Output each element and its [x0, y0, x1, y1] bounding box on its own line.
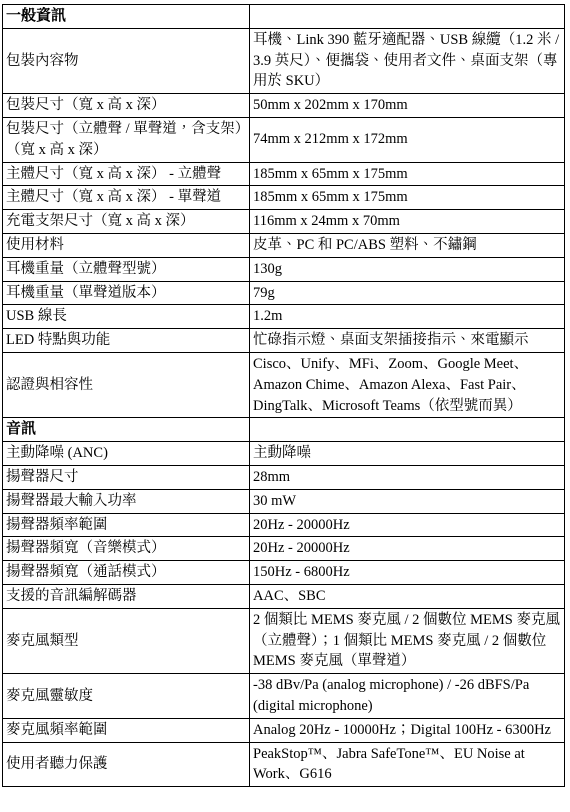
spec-label: 揚聲器頻率範圍: [3, 513, 250, 537]
table-row: USB 線長1.2m: [3, 305, 565, 329]
spec-label: 主動降噪 (ANC): [3, 442, 250, 466]
spec-value: 主動降噪: [250, 442, 565, 466]
spec-label: 使用材料: [3, 233, 250, 257]
spec-value: 皮革、PC 和 PC/ABS 塑料、不鏽鋼: [250, 233, 565, 257]
table-row: 麥克風類型2 個類比 MEMS 麥克風 / 2 個數位 MEMS 麥克風（立體聲…: [3, 608, 565, 673]
spec-label: USB 線長: [3, 305, 250, 329]
spec-value: 20Hz - 20000Hz: [250, 537, 565, 561]
spec-value: 忙碌指示燈、桌面支架插接指示、來電顯示: [250, 329, 565, 353]
spec-value: 20Hz - 20000Hz: [250, 513, 565, 537]
table-row: 包裝內容物耳機、Link 390 藍牙適配器、USB 線纜（1.2 米 / 3.…: [3, 28, 565, 93]
spec-label: 揚聲器頻寬（通話模式）: [3, 561, 250, 585]
spec-label: 包裝尺寸（寬 x 高 x 深）: [3, 94, 250, 118]
spec-document-page: 一般資訊包裝內容物耳機、Link 390 藍牙適配器、USB 線纜（1.2 米 …: [0, 0, 570, 812]
table-row: 揚聲器尺寸28mm: [3, 465, 565, 489]
spec-value: Cisco、Unify、MFi、Zoom、Google Meet、Amazon …: [250, 352, 565, 417]
table-row: 使用材料皮革、PC 和 PC/ABS 塑料、不鏽鋼: [3, 233, 565, 257]
table-row: 揚聲器頻寬（通話模式）150Hz - 6800Hz: [3, 561, 565, 585]
spec-label: 支援的音訊編解碼器: [3, 584, 250, 608]
table-row: LED 特點與功能忙碌指示燈、桌面支架插接指示、來電顯示: [3, 329, 565, 353]
table-row: 耳機重量（立體聲型號）130g: [3, 257, 565, 281]
section-header-row: 一般資訊: [3, 5, 565, 29]
table-row: 包裝尺寸（寬 x 高 x 深）50mm x 202mm x 170mm: [3, 94, 565, 118]
table-row: 主動降噪 (ANC)主動降噪: [3, 442, 565, 466]
spec-value: Analog 20Hz - 10000Hz；Digital 100Hz - 63…: [250, 718, 565, 742]
table-row: 包裝尺寸（立體聲 / 單聲道，含支架）（寬 x 高 x 深）74mm x 212…: [3, 117, 565, 162]
spec-label: 揚聲器最大輸入功率: [3, 489, 250, 513]
spec-label: 包裝內容物: [3, 28, 250, 93]
spec-value: 28mm: [250, 465, 565, 489]
spec-value: 74mm x 212mm x 172mm: [250, 117, 565, 162]
spec-table-body: 一般資訊包裝內容物耳機、Link 390 藍牙適配器、USB 線纜（1.2 米 …: [3, 5, 565, 787]
spec-label: 麥克風靈敏度: [3, 674, 250, 719]
spec-label: 揚聲器頻寬（音樂模式）: [3, 537, 250, 561]
spec-label: LED 特點與功能: [3, 329, 250, 353]
table-row: 支援的音訊編解碼器AAC、SBC: [3, 584, 565, 608]
table-row: 主體尺寸（寬 x 高 x 深） - 單聲道185mm x 65mm x 175m…: [3, 186, 565, 210]
spec-value: 185mm x 65mm x 175mm: [250, 162, 565, 186]
spec-label: 耳機重量（單聲道版本）: [3, 281, 250, 305]
spec-label: 充電支架尺寸（寬 x 高 x 深）: [3, 210, 250, 234]
table-row: 使用者聽力保護PeakStop™、Jabra SafeTone™、EU Nois…: [3, 742, 565, 787]
table-row: 揚聲器最大輸入功率30 mW: [3, 489, 565, 513]
section-title: 音訊: [3, 418, 250, 442]
spec-label: 揚聲器尺寸: [3, 465, 250, 489]
section-header-row: 音訊: [3, 418, 565, 442]
spec-value: PeakStop™、Jabra SafeTone™、EU Noise at Wo…: [250, 742, 565, 787]
spec-value: 116mm x 24mm x 70mm: [250, 210, 565, 234]
spec-label: 使用者聽力保護: [3, 742, 250, 787]
spec-value: 130g: [250, 257, 565, 281]
table-row: 耳機重量（單聲道版本）79g: [3, 281, 565, 305]
spec-value: 30 mW: [250, 489, 565, 513]
spec-value: 185mm x 65mm x 175mm: [250, 186, 565, 210]
spec-label: 麥克風頻率範圍: [3, 718, 250, 742]
spec-value: 2 個類比 MEMS 麥克風 / 2 個數位 MEMS 麥克風（立體聲）；1 個…: [250, 608, 565, 673]
section-empty-cell: [250, 418, 565, 442]
spec-value: 耳機、Link 390 藍牙適配器、USB 線纜（1.2 米 / 3.9 英尺）…: [250, 28, 565, 93]
spec-value: -38 dBv/Pa (analog microphone) / -26 dBF…: [250, 674, 565, 719]
spec-label: 主體尺寸（寬 x 高 x 深） - 單聲道: [3, 186, 250, 210]
spec-value: 1.2m: [250, 305, 565, 329]
spec-value: 150Hz - 6800Hz: [250, 561, 565, 585]
table-row: 揚聲器頻寬（音樂模式）20Hz - 20000Hz: [3, 537, 565, 561]
table-row: 充電支架尺寸（寬 x 高 x 深）116mm x 24mm x 70mm: [3, 210, 565, 234]
spec-table: 一般資訊包裝內容物耳機、Link 390 藍牙適配器、USB 線纜（1.2 米 …: [2, 4, 565, 787]
spec-label: 主體尺寸（寬 x 高 x 深） - 立體聲: [3, 162, 250, 186]
table-row: 揚聲器頻率範圍20Hz - 20000Hz: [3, 513, 565, 537]
spec-label: 包裝尺寸（立體聲 / 單聲道，含支架）（寬 x 高 x 深）: [3, 117, 250, 162]
table-row: 麥克風靈敏度-38 dBv/Pa (analog microphone) / -…: [3, 674, 565, 719]
spec-label: 麥克風類型: [3, 608, 250, 673]
spec-value: AAC、SBC: [250, 584, 565, 608]
table-row: 認證與相容性Cisco、Unify、MFi、Zoom、Google Meet、A…: [3, 352, 565, 417]
table-row: 麥克風頻率範圍Analog 20Hz - 10000Hz；Digital 100…: [3, 718, 565, 742]
spec-label: 認證與相容性: [3, 352, 250, 417]
section-title: 一般資訊: [3, 5, 250, 29]
section-empty-cell: [250, 5, 565, 29]
spec-label: 耳機重量（立體聲型號）: [3, 257, 250, 281]
spec-value: 79g: [250, 281, 565, 305]
table-row: 主體尺寸（寬 x 高 x 深） - 立體聲185mm x 65mm x 175m…: [3, 162, 565, 186]
spec-value: 50mm x 202mm x 170mm: [250, 94, 565, 118]
